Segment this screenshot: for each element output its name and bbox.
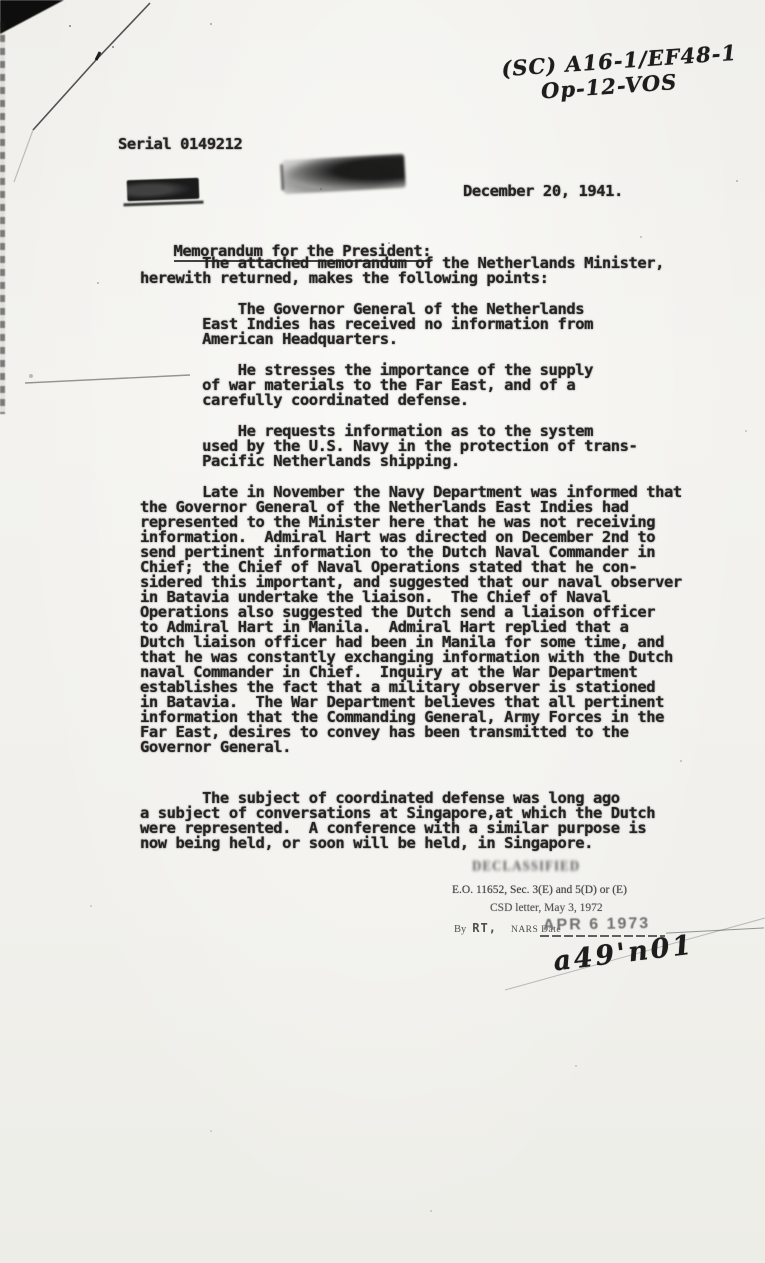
paragraph: Late in November the Navy Department was… (140, 485, 682, 755)
nars-date-stamp: APR 6 1973 (543, 915, 650, 935)
illegible-ink-stamp (282, 154, 406, 194)
paragraph: The attached memorandum of the Netherlan… (140, 256, 682, 286)
paragraph: He stresses the importance of the supply… (140, 363, 682, 408)
scan-corner-shadow (0, 0, 64, 34)
date-line: December 20, 1941. (463, 184, 623, 199)
document-page: (SC) A16-1/EF48-1 Op-12-VOS Serial 01492… (0, 0, 765, 1263)
paragraph: The subject of coordinated defense was l… (140, 791, 682, 851)
scan-edge-strip (0, 22, 5, 414)
blacked-out-stamp (127, 178, 200, 201)
paragraph: The Governor General of the Netherlands … (140, 302, 682, 347)
by-initials: RT, (472, 921, 497, 935)
declass-eo-line: E.O. 11652, Sec. 3(E) and 5(D) or (E) (452, 884, 627, 896)
serial-number: Serial 0149212 (118, 137, 242, 152)
declass-heading: DECLASSIFIED (472, 857, 580, 875)
paper-specks (0, 0, 2, 2)
declass-letter-line: CSD letter, May 3, 1972 (490, 902, 603, 914)
paragraph: He requests information as to the system… (140, 424, 682, 469)
document-body: The attached memorandum of the Netherlan… (140, 256, 682, 867)
handwritten-routing-annotation: (SC) A16-1/EF48-1 Op-12-VOS (501, 40, 740, 106)
by-label: By (454, 924, 466, 935)
